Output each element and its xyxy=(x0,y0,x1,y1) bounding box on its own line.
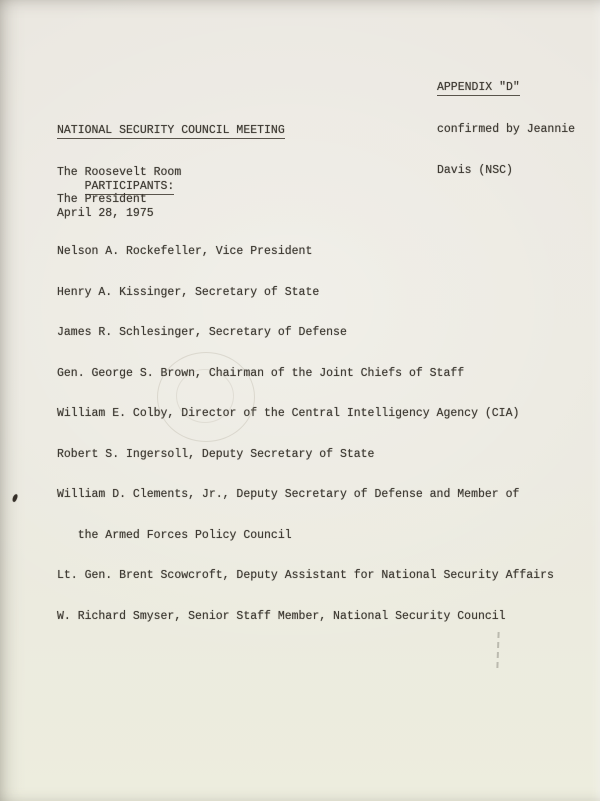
participant-clements-continuation: the Armed Forces Policy Council xyxy=(57,529,554,543)
appendix-label-text: APPENDIX "D" xyxy=(437,81,520,96)
appendix-block: APPENDIX "D" confirmed by Jeannie Davis … xyxy=(437,54,575,204)
participant-colby: William E. Colby, Director of the Centra… xyxy=(57,407,554,421)
participant-brown: Gen. George S. Brown, Chairman of the Jo… xyxy=(57,367,554,381)
participant-schlesinger: James R. Schlesinger, Secretary of Defen… xyxy=(57,326,554,340)
embossed-seal-watermark xyxy=(157,352,255,442)
embossed-seal-inner-ring xyxy=(176,369,234,423)
participant-the-president: The President xyxy=(57,193,147,207)
participant-kissinger: Henry A. Kissinger, Secretary of State xyxy=(57,286,554,300)
participant-rockefeller: Nelson A. Rockefeller, Vice President xyxy=(57,245,554,259)
meeting-title: NATIONAL SECURITY COUNCIL MEETING xyxy=(57,124,285,139)
scanned-document-page: APPENDIX "D" confirmed by Jeannie Davis … xyxy=(0,0,600,801)
pencil-mark xyxy=(496,632,499,668)
participant-smyser: W. Richard Smyser, Senior Staff Member, … xyxy=(57,610,554,624)
ink-speck xyxy=(12,494,18,503)
participant-scowcroft: Lt. Gen. Brent Scowcroft, Deputy Assista… xyxy=(57,569,554,583)
participants-list: Nelson A. Rockefeller, Vice President He… xyxy=(57,218,554,650)
meeting-title-text: NATIONAL SECURITY COUNCIL MEETING xyxy=(57,124,285,139)
participant-ingersoll: Robert S. Ingersoll, Deputy Secretary of… xyxy=(57,448,554,462)
appendix-confirmed-by: Davis (NSC) xyxy=(437,164,575,178)
participant-clements: William D. Clements, Jr., Deputy Secreta… xyxy=(57,488,554,502)
appendix-confirmed-line: confirmed by Jeannie xyxy=(437,123,575,137)
appendix-label: APPENDIX "D" xyxy=(437,81,575,96)
